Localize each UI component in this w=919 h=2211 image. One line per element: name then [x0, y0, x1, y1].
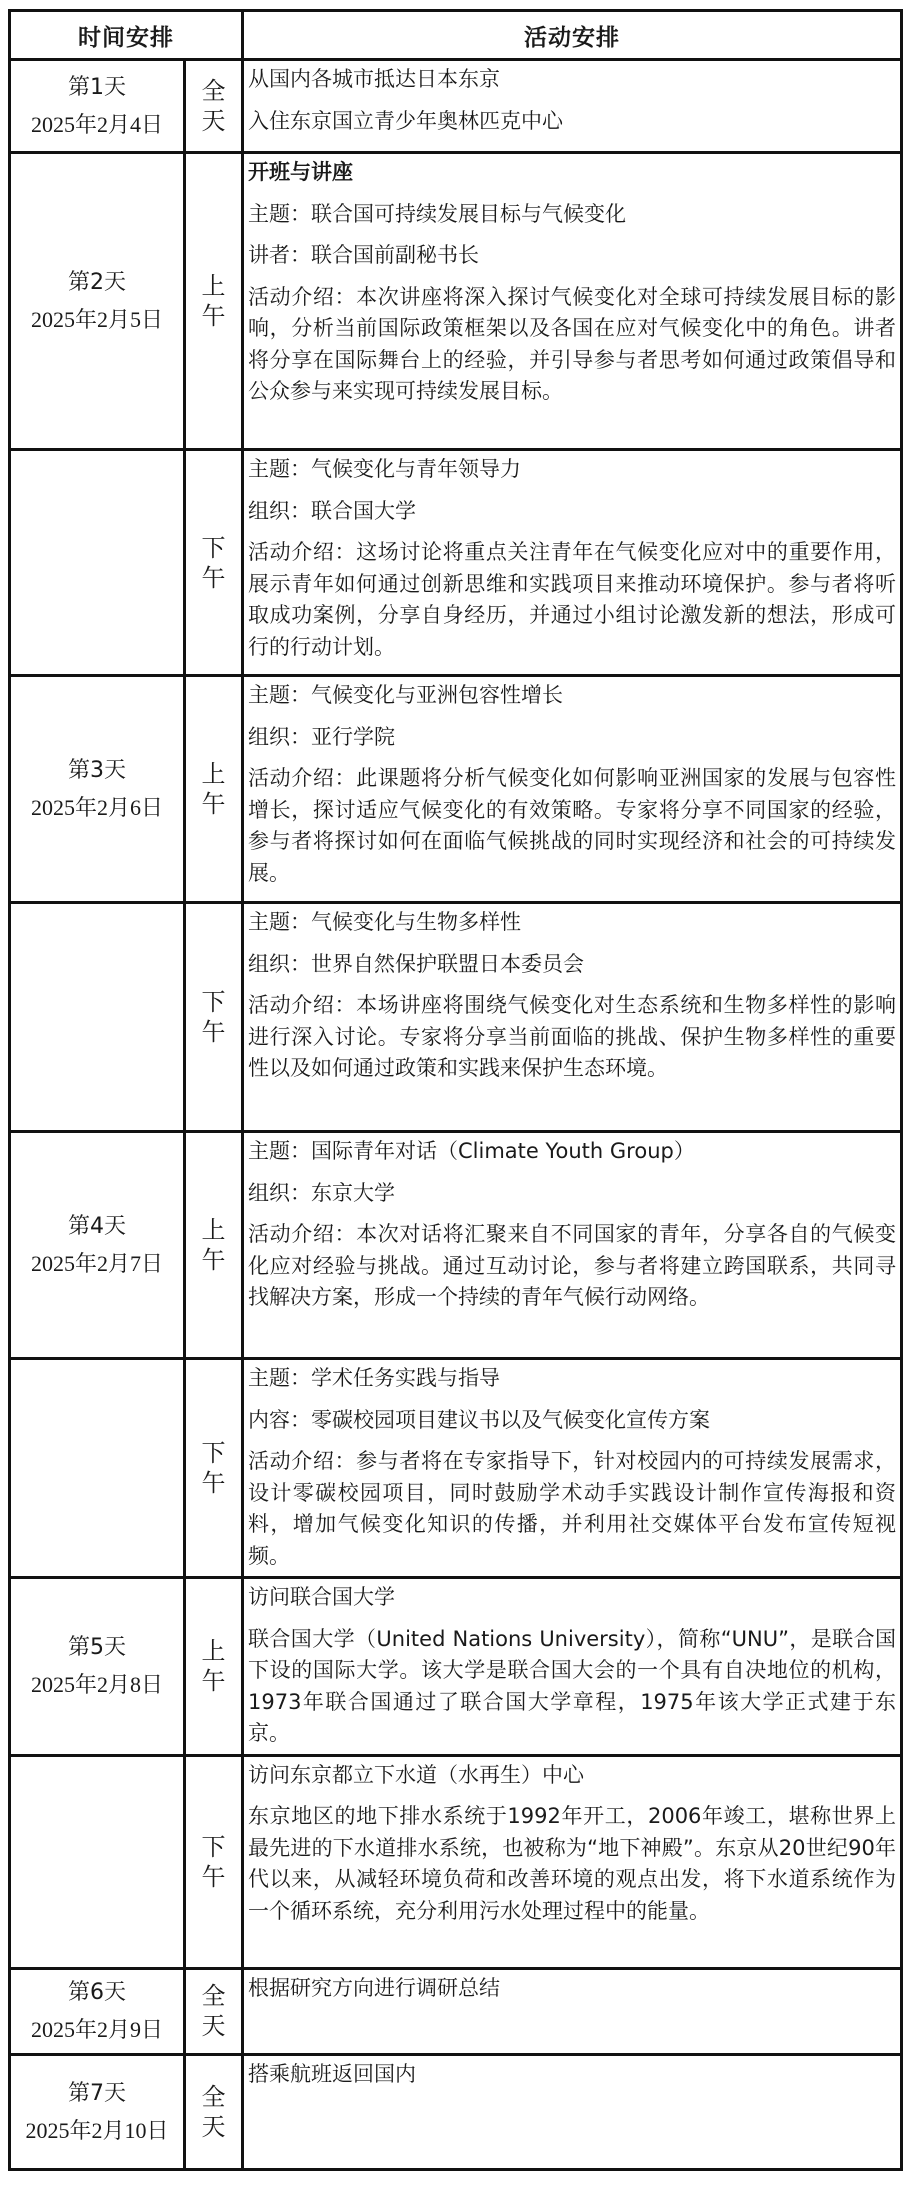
date-label: 2025年2月9日 [11, 2011, 183, 2048]
activity-description: 活动介绍：参与者将在专家指导下，针对校园内的可持续发展需求，设计零碳校园项目，同… [248, 1446, 896, 1572]
activity-description: 活动介绍：这场讨论将重点关注青年在气候变化应对中的重要作用，展示青年如何通过创新… [248, 537, 896, 663]
period-char-2: 午 [186, 1017, 241, 1047]
activity-line: 访问联合国大学 [248, 1582, 896, 1614]
period-cell: 上 午 [185, 1132, 243, 1359]
day-label: 第6天 [11, 1974, 183, 2011]
period-cell: 全 天 [185, 60, 243, 153]
schedule-row-10: 第6天 2025年2月9日 全 天 根据研究方向进行调研总结 [10, 1968, 902, 2054]
activity-cell: 开班与讲座主题：联合国可持续发展目标与气候变化讲者：联合国前副秘书长活动介绍：本… [243, 153, 902, 450]
schedule-row-1: 第1天 2025年2月4日 全 天 从国内各城市抵达日本东京入住东京国立青少年奥… [10, 60, 902, 153]
activity-cell: 搭乘航班返回国内 [243, 2054, 902, 2169]
schedule-row-6: 第4天 2025年2月7日 上 午 主题：国际青年对话（Climate Yout… [10, 1132, 902, 1359]
activity-line: 主题：国际青年对话（Climate Youth Group） [248, 1136, 896, 1168]
period-char-1: 上 [186, 271, 241, 301]
period-char-2: 午 [186, 789, 241, 819]
period-char-2: 午 [186, 301, 241, 331]
period-char-2: 午 [186, 1666, 241, 1696]
activity-description: 活动介绍：本次讲座将深入探讨气候变化对全球可持续发展目标的影响，分析当前国际政策… [248, 282, 896, 408]
header-row: 时间安排 活动安排 [10, 11, 902, 60]
activity-line: 从国内各城市抵达日本东京 [248, 64, 896, 96]
activity-cell: 访问联合国大学联合国大学（United Nations University），… [243, 1578, 902, 1756]
day-label: 第7天 [11, 2075, 183, 2112]
activity-line: 组织：东京大学 [248, 1178, 896, 1210]
schedule-row-11: 第7天 2025年2月10日 全 天 搭乘航班返回国内 [10, 2054, 902, 2169]
activity-cell: 从国内各城市抵达日本东京入住东京国立青少年奥林匹克中心 [243, 60, 902, 153]
period-char-1: 下 [186, 987, 241, 1017]
period-char-2: 天 [186, 2011, 241, 2041]
period-cell: 上 午 [185, 1578, 243, 1756]
period-char-2: 天 [186, 106, 241, 136]
period-char-1: 下 [186, 1832, 241, 1862]
day-cell [10, 1755, 185, 1968]
period-cell: 全 天 [185, 2054, 243, 2169]
activity-line: 访问东京都立下水道（水再生）中心 [248, 1760, 896, 1792]
period-cell: 上 午 [185, 153, 243, 450]
period-char-1: 全 [186, 76, 241, 106]
period-char-1: 全 [186, 1981, 241, 2011]
activity-cell: 主题：国际青年对话（Climate Youth Group）组织：东京大学活动介… [243, 1132, 902, 1359]
day-cell [10, 450, 185, 676]
activity-line: 主题：联合国可持续发展目标与气候变化 [248, 199, 896, 231]
schedule-row-9: 下 午 访问东京都立下水道（水再生）中心东京地区的地下排水系统于1992年开工，… [10, 1755, 902, 1968]
day-cell: 第5天 2025年2月8日 [10, 1578, 185, 1756]
day-cell: 第2天 2025年2月5日 [10, 153, 185, 450]
period-char-2: 天 [186, 2112, 241, 2142]
day-cell: 第4天 2025年2月7日 [10, 1132, 185, 1359]
period-char-1: 下 [186, 1438, 241, 1468]
date-label: 2025年2月6日 [11, 789, 183, 826]
period-cell: 下 午 [185, 1359, 243, 1578]
activity-line: 组织：亚行学院 [248, 722, 896, 754]
schedule-row-4: 第3天 2025年2月6日 上 午 主题：气候变化与亚洲包容性增长组织：亚行学院… [10, 676, 902, 903]
activity-line: 主题：气候变化与生物多样性 [248, 907, 896, 939]
day-label: 第1天 [11, 69, 183, 106]
activity-cell: 主题：气候变化与青年领导力组织：联合国大学活动介绍：这场讨论将重点关注青年在气候… [243, 450, 902, 676]
header-time: 时间安排 [10, 11, 243, 60]
schedule-row-3: 下 午 主题：气候变化与青年领导力组织：联合国大学活动介绍：这场讨论将重点关注青… [10, 450, 902, 676]
day-cell: 第1天 2025年2月4日 [10, 60, 185, 153]
period-cell: 下 午 [185, 1755, 243, 1968]
day-cell [10, 1359, 185, 1578]
period-char-1: 上 [186, 1215, 241, 1245]
activity-line: 主题：气候变化与青年领导力 [248, 454, 896, 486]
activity-description: 活动介绍：此课题将分析气候变化如何影响亚洲国家的发展与包容性增长，探讨适应气候变… [248, 763, 896, 889]
activity-line: 主题：学术任务实践与指导 [248, 1363, 896, 1395]
header-activity: 活动安排 [243, 11, 902, 60]
activity-line: 内容：零碳校园项目建议书以及气候变化宣传方案 [248, 1405, 896, 1437]
period-char-1: 上 [186, 759, 241, 789]
schedule-row-8: 第5天 2025年2月8日 上 午 访问联合国大学联合国大学（United Na… [10, 1578, 902, 1756]
activity-line: 讲者：联合国前副秘书长 [248, 240, 896, 272]
activity-line: 主题：气候变化与亚洲包容性增长 [248, 680, 896, 712]
day-label: 第2天 [11, 264, 183, 301]
schedule-row-2: 第2天 2025年2月5日 上 午 开班与讲座主题：联合国可持续发展目标与气候变… [10, 153, 902, 450]
day-cell: 第7天 2025年2月10日 [10, 2054, 185, 2169]
period-cell: 全 天 [185, 1968, 243, 2054]
activity-cell: 根据研究方向进行调研总结 [243, 1968, 902, 2054]
activity-line: 入住东京国立青少年奥林匹克中心 [248, 106, 896, 138]
period-char-2: 午 [186, 563, 241, 593]
period-char-1: 下 [186, 533, 241, 563]
activity-line: 根据研究方向进行调研总结 [248, 1973, 896, 2005]
activity-description: 活动介绍：本场讲座将围绕气候变化对生态系统和生物多样性的影响进行深入讨论。专家将… [248, 990, 896, 1085]
activity-description: 联合国大学（United Nations University），简称“UNU”… [248, 1624, 896, 1750]
activity-line: 组织：世界自然保护联盟日本委员会 [248, 949, 896, 981]
period-char-1: 全 [186, 2082, 241, 2112]
activity-cell: 主题：气候变化与生物多样性组织：世界自然保护联盟日本委员会活动介绍：本场讲座将围… [243, 903, 902, 1132]
period-char-2: 午 [186, 1862, 241, 1892]
day-cell: 第3天 2025年2月6日 [10, 676, 185, 903]
period-char-2: 午 [186, 1245, 241, 1275]
date-label: 2025年2月7日 [11, 1245, 183, 1282]
activity-cell: 主题：学术任务实践与指导内容：零碳校园项目建议书以及气候变化宣传方案活动介绍：参… [243, 1359, 902, 1578]
activity-cell: 访问东京都立下水道（水再生）中心东京地区的地下排水系统于1992年开工，2006… [243, 1755, 902, 1968]
schedule-row-5: 下 午 主题：气候变化与生物多样性组织：世界自然保护联盟日本委员会活动介绍：本场… [10, 903, 902, 1132]
day-cell [10, 903, 185, 1132]
activity-title: 开班与讲座 [248, 157, 896, 189]
activity-cell: 主题：气候变化与亚洲包容性增长组织：亚行学院活动介绍：此课题将分析气候变化如何影… [243, 676, 902, 903]
period-cell: 上 午 [185, 676, 243, 903]
date-label: 2025年2月8日 [11, 1666, 183, 1703]
day-label: 第4天 [11, 1208, 183, 1245]
period-cell: 下 午 [185, 903, 243, 1132]
period-cell: 下 午 [185, 450, 243, 676]
schedule-body: 第1天 2025年2月4日 全 天 从国内各城市抵达日本东京入住东京国立青少年奥… [10, 60, 902, 2170]
activity-description: 东京地区的地下排水系统于1992年开工，2006年竣工，堪称世界上最先进的下水道… [248, 1801, 896, 1927]
date-label: 2025年2月4日 [11, 106, 183, 143]
activity-line: 组织：联合国大学 [248, 496, 896, 528]
period-char-2: 午 [186, 1468, 241, 1498]
schedule-table: 时间安排 活动安排 第1天 2025年2月4日 全 天 从国内各城市抵达日本东京… [8, 9, 903, 2171]
date-label: 2025年2月5日 [11, 301, 183, 338]
activity-description: 活动介绍：本次对话将汇聚来自不同国家的青年，分享各自的气候变化应对经验与挑战。通… [248, 1219, 896, 1314]
schedule-row-7: 下 午 主题：学术任务实践与指导内容：零碳校园项目建议书以及气候变化宣传方案活动… [10, 1359, 902, 1578]
day-cell: 第6天 2025年2月9日 [10, 1968, 185, 2054]
activity-line: 搭乘航班返回国内 [248, 2059, 896, 2091]
date-label: 2025年2月10日 [11, 2112, 183, 2149]
day-label: 第5天 [11, 1629, 183, 1666]
period-char-1: 上 [186, 1636, 241, 1666]
day-label: 第3天 [11, 752, 183, 789]
